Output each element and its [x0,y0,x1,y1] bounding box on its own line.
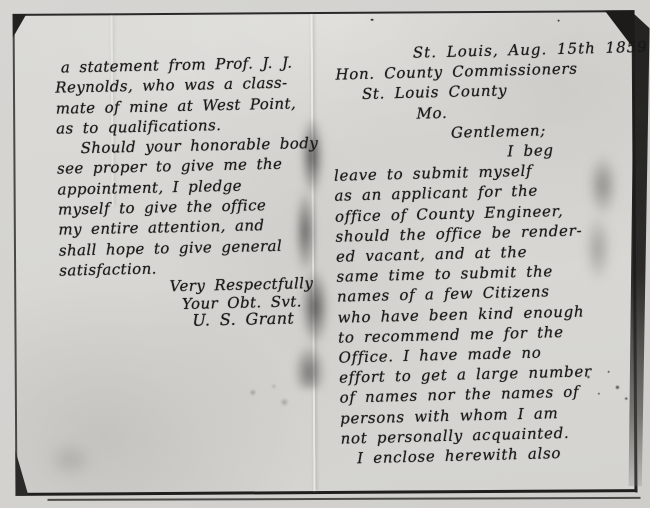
dust-speck [558,20,560,22]
signature: U. S. Grant [192,308,332,331]
photo-top-left-corner-shadow [13,14,27,38]
bottom-left-shadow [35,433,105,485]
letter-left-page: a statement from Prof. J. J. Reynolds, w… [41,52,333,334]
photo-bottom-edge-line [48,497,641,501]
letter-closing: Very Respectfully Your Obt. Svt. U. S. G… [45,273,332,334]
letter-right-page: St. Louis, Aug. 15th 1859 Hon. County Co… [317,37,644,469]
letter-body: leave to submit myself as an applicant f… [320,158,644,469]
photo-bottom-left-corner-shadow [15,450,28,496]
letter-photograph: a statement from Prof. J. J. Reynolds, w… [13,10,638,496]
photo-scan-background: a statement from Prof. J. J. Reynolds, w… [0,0,650,508]
lower-left-speckles [232,376,302,416]
dust-speck [371,19,374,21]
